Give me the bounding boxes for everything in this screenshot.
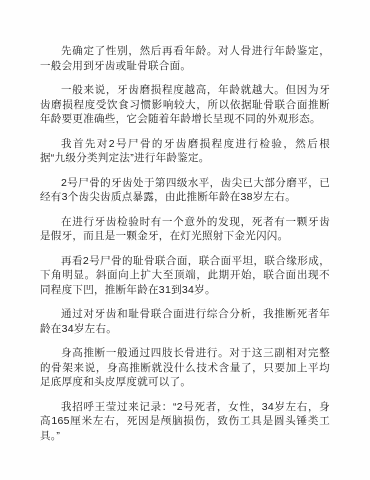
paragraph: 我招呼王莹过来记录：“2号死者，女性，34岁左右，身高165厘米左右，死因是颅脑… [40,400,330,444]
page-text: 先确定了性别，然后再看年龄。对人骨进行年龄鉴定，一般会用到牙齿或耻骨联合面。一般… [40,44,330,443]
paragraph: 2号尸骨的牙齿处于第四级水平，齿尖已大部分磨平，已经有3个齿尖齿质点暴露，由此推… [40,176,330,205]
paragraph: 身高推断一般通过四肢长骨进行。对于这三副相对完整的骨架来说，身高推断就没什么技术… [40,346,330,390]
paragraph: 再看2号尸骨的耻骨联合面，联合面平坦，联合缘形成，下角明显。斜面向上扩大至顶端，… [40,254,330,298]
book-page: 先确定了性别，然后再看年龄。对人骨进行年龄鉴定，一般会用到牙齿或耻骨联合面。一般… [0,0,370,480]
paragraph: 在进行牙齿检验时有一个意外的发现，死者有一颗牙齿是假牙，而且是一颗金牙，在灯光照… [40,215,330,244]
paragraph: 一般来说，牙齿磨损程度越高，年龄就越大。但因为牙齿磨损程度受饮食习惯影响较大，所… [40,83,330,127]
paragraph: 先确定了性别，然后再看年龄。对人骨进行年龄鉴定，一般会用到牙齿或耻骨联合面。 [40,44,330,73]
paragraph: 我首先对2号尸骨的牙齿磨损程度进行检验，然后根据“九级分类判定法”进行年龄鉴定。 [40,137,330,166]
paragraph: 通过对牙齿和耻骨联合面进行综合分析，我推断死者年龄在34岁左右。 [40,307,330,336]
